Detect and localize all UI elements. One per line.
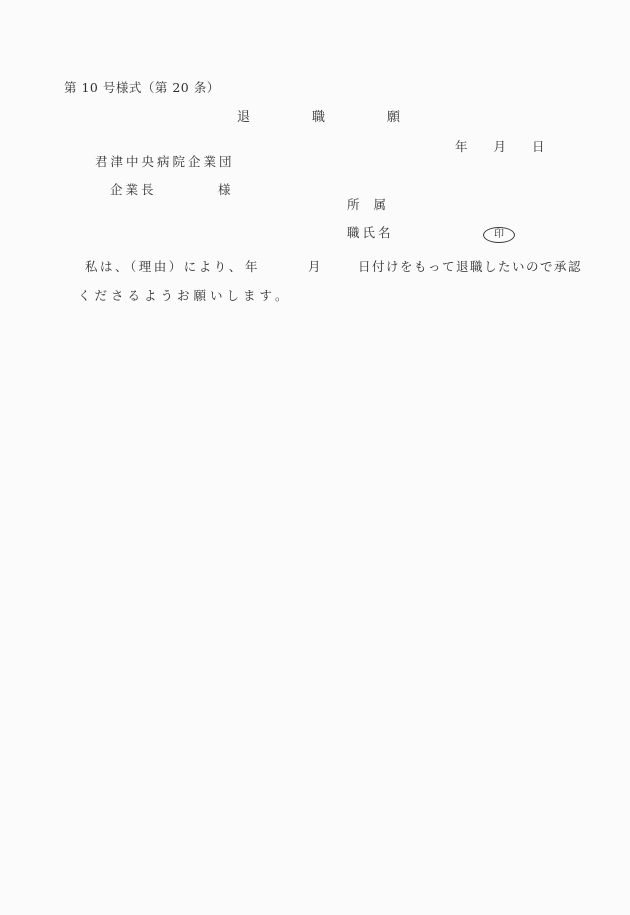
department-label: 所属 bbox=[347, 199, 400, 212]
body-date-clause: 日付けをもって退職したいので承認 bbox=[358, 261, 582, 274]
resignation-form-page: 第 10 号様式（第 20 条） 退職願 年 月 日 君津中央病院企業団 企業長… bbox=[0, 0, 630, 915]
seal-mark: 印 bbox=[483, 227, 515, 243]
body-month-label: 月 bbox=[308, 261, 321, 274]
position-and-name-label: 職氏名 bbox=[347, 227, 394, 240]
addressee-organization: 君津中央病院企業団 bbox=[95, 156, 235, 169]
date-line: 年 月 日 bbox=[455, 141, 545, 154]
addressee-position: 企業長 bbox=[110, 184, 157, 197]
addressee-honorific: 様 bbox=[218, 184, 231, 197]
date-year-label: 年 bbox=[455, 141, 468, 154]
form-number-label: 第 10 号様式（第 20 条） bbox=[64, 82, 220, 95]
body-year-label: 年 bbox=[245, 261, 258, 274]
date-day-label: 日 bbox=[532, 141, 545, 154]
body-reason-clause: 私は、（理由）により、 bbox=[85, 261, 244, 274]
body-closing-line: くださるようお願いします。 bbox=[78, 290, 292, 303]
seal-label: 印 bbox=[494, 230, 504, 240]
form-title: 退職願 bbox=[237, 111, 462, 124]
date-month-label: 月 bbox=[494, 141, 507, 154]
